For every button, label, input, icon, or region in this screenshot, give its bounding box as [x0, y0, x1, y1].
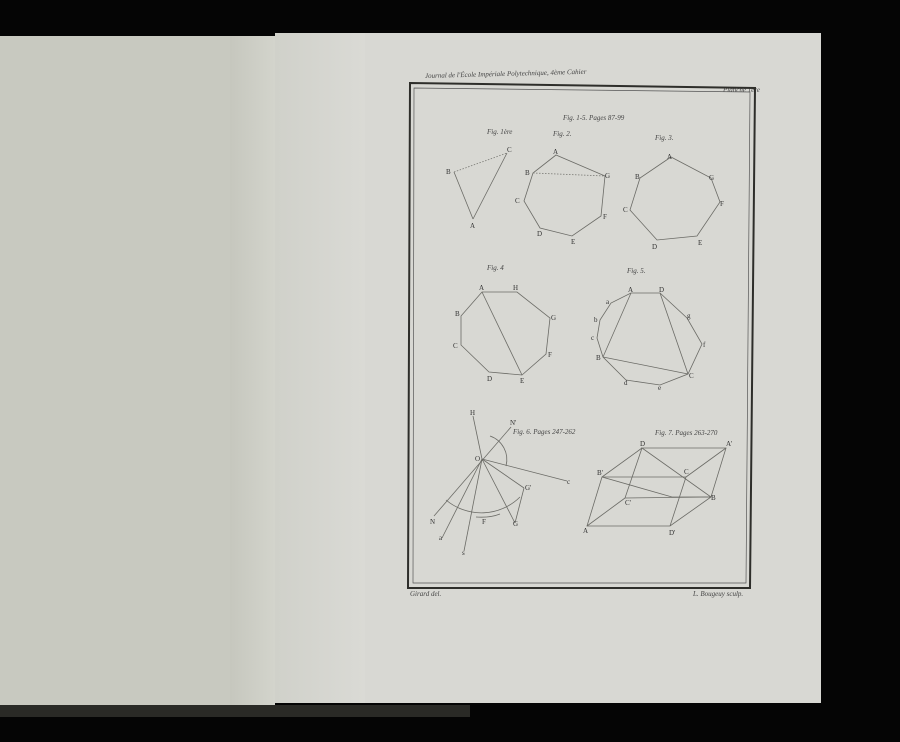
svg-text:G: G — [605, 172, 610, 180]
plate-outer-border — [408, 83, 755, 588]
svg-text:B: B — [596, 354, 601, 362]
svg-text:B': B' — [597, 469, 603, 477]
svg-text:D: D — [652, 243, 657, 251]
svg-text:D: D — [537, 230, 542, 238]
svg-text:B: B — [711, 494, 716, 502]
fig3-title: Fig. 3. — [654, 134, 674, 142]
svg-text:D: D — [659, 286, 664, 294]
svg-text:F: F — [482, 518, 486, 526]
svg-text:B: B — [635, 173, 640, 181]
svg-text:H: H — [513, 284, 518, 292]
svg-text:B: B — [446, 168, 451, 176]
svg-text:G: G — [551, 314, 556, 322]
svg-text:f: f — [703, 341, 706, 349]
svg-text:G: G — [709, 174, 714, 182]
figure-4: Fig. 4 AHG FED CB — [453, 264, 556, 385]
svg-text:A: A — [479, 284, 484, 292]
svg-text:A: A — [628, 286, 633, 294]
svg-text:C: C — [453, 342, 458, 350]
svg-text:N': N' — [510, 419, 516, 427]
svg-text:c: c — [591, 334, 594, 342]
plate-header-left: Journal de l'École Impériale Polytechniq… — [425, 68, 587, 80]
svg-text:g: g — [687, 312, 691, 320]
svg-text:e: e — [658, 384, 661, 392]
svg-text:B: B — [525, 169, 530, 177]
svg-text:D': D' — [669, 529, 675, 537]
svg-text:A: A — [583, 527, 588, 535]
svg-text:E: E — [571, 238, 575, 246]
svg-text:C: C — [689, 372, 694, 380]
fig6-caption: Fig. 6. Pages 247-262 — [512, 428, 576, 436]
figure-2: Fig. 2. ABC DEFG — [515, 130, 610, 246]
svg-text:c: c — [567, 478, 570, 486]
figure-1: Fig. 1ère BCA — [446, 128, 512, 230]
svg-text:s: s — [462, 549, 465, 557]
fig1-title: Fig. 1ère — [486, 128, 512, 136]
svg-text:F: F — [548, 351, 552, 359]
fig4-title: Fig. 4 — [486, 264, 504, 272]
svg-text:b: b — [594, 316, 598, 324]
engraved-plate: Journal de l'École Impériale Polytechniq… — [0, 0, 900, 742]
plate-footer-left: Girard del. — [410, 590, 441, 598]
figure-3: Fig. 3. ABC DEFG — [623, 134, 724, 251]
svg-text:D: D — [640, 440, 645, 448]
fig2-title: Fig. 2. — [552, 130, 572, 138]
svg-text:C: C — [684, 468, 689, 476]
svg-text:F: F — [720, 200, 724, 208]
plate-footer-right: L. Bougeuy sculp. — [692, 590, 743, 598]
plate-inner-border — [413, 88, 750, 583]
caption-figs-1-5: Fig. 1-5. Pages 87-99 — [562, 114, 625, 122]
figure-5: Fig. 5. ADg fCe dBc ba — [591, 267, 706, 392]
fig5-title: Fig. 5. — [626, 267, 646, 275]
svg-text:H: H — [470, 409, 475, 417]
figure-6: Fig. 6. Pages 247-262 HN'O cG'G FNas — [430, 409, 576, 557]
svg-text:F: F — [603, 213, 607, 221]
svg-text:N: N — [430, 518, 435, 526]
svg-text:A: A — [553, 148, 558, 156]
svg-text:G: G — [513, 520, 518, 528]
svg-text:B: B — [455, 310, 460, 318]
svg-text:A: A — [470, 222, 475, 230]
svg-text:E: E — [520, 377, 524, 385]
svg-text:A': A' — [726, 440, 732, 448]
figure-7: Fig. 7. Pages 263-270 DA'B' CC'B AD' — [583, 429, 732, 537]
svg-text:C: C — [507, 146, 512, 154]
svg-text:d: d — [624, 379, 628, 387]
fig7-caption: Fig. 7. Pages 263-270 — [654, 429, 718, 437]
svg-text:G': G' — [525, 484, 531, 492]
svg-text:E: E — [698, 239, 702, 247]
svg-text:C': C' — [625, 499, 631, 507]
svg-text:C: C — [623, 206, 628, 214]
book-spine-edge — [0, 705, 470, 717]
svg-text:C: C — [515, 197, 520, 205]
svg-text:D: D — [487, 375, 492, 383]
svg-text:A: A — [667, 153, 672, 161]
svg-text:O: O — [475, 455, 480, 463]
